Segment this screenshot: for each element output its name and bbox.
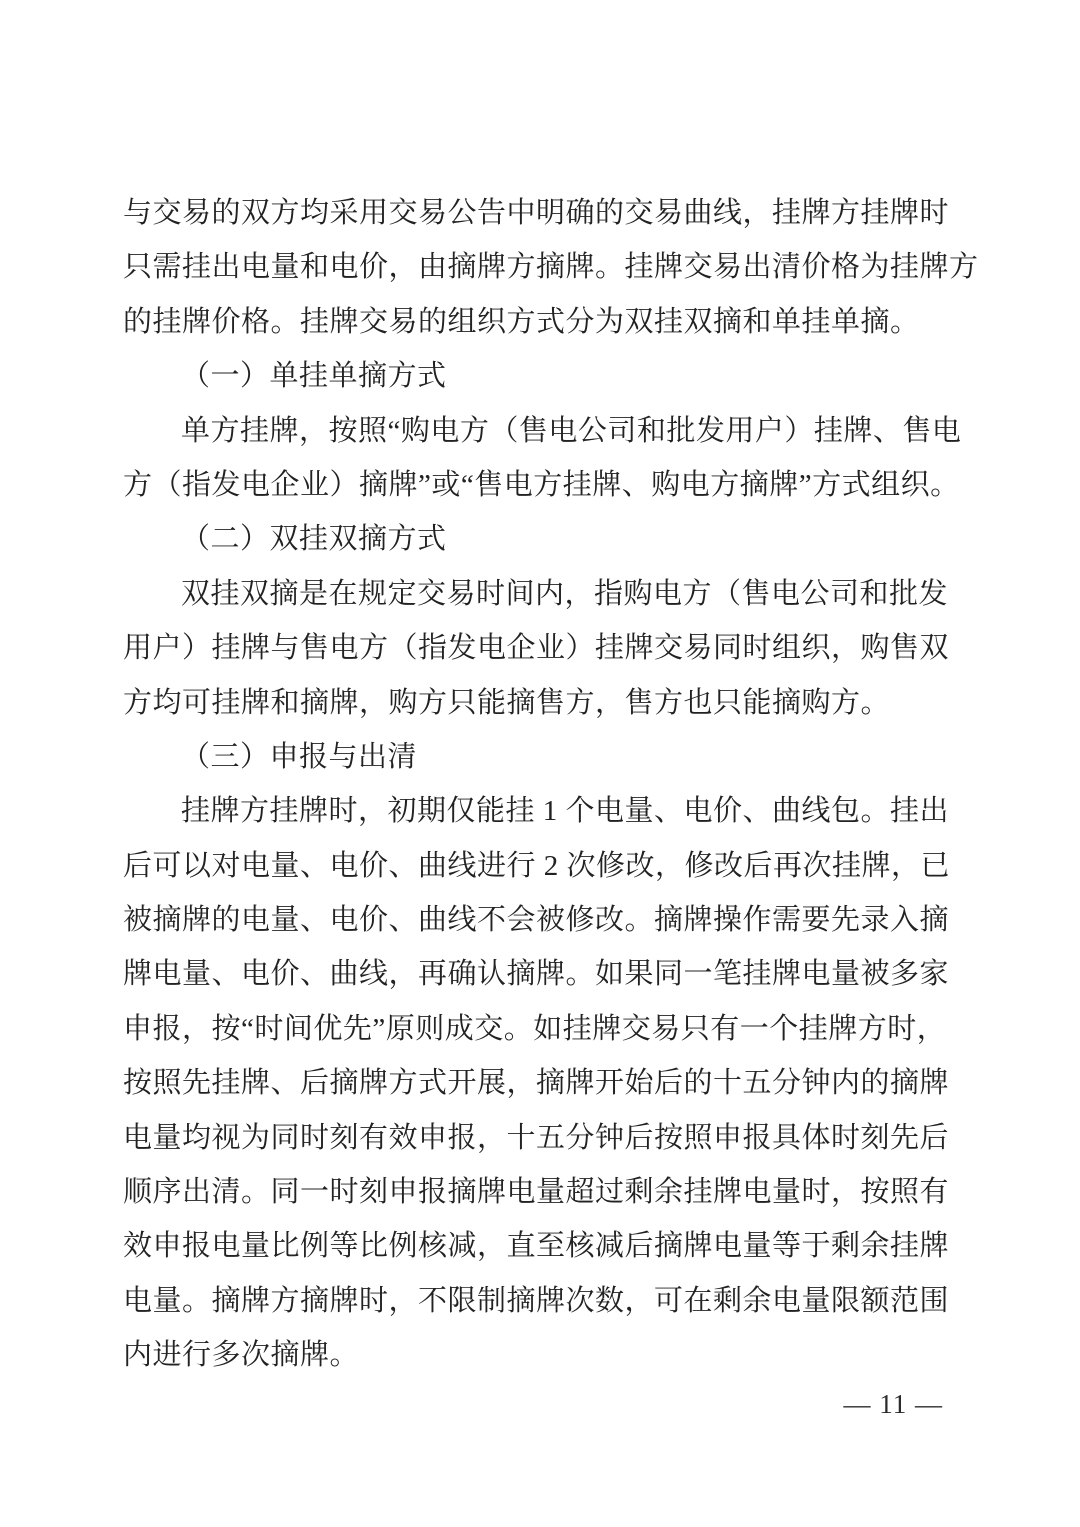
text-line: 后可以对电量、电价、曲线进行 2 次修改，修改后再次挂牌，已 — [123, 839, 941, 893]
text-line: 的挂牌价格。挂牌交易的组织方式分为双挂双摘和单挂单摘。 — [123, 295, 941, 349]
text-line: 效申报电量比例等比例核减，直至核减后摘牌电量等于剩余挂牌 — [123, 1219, 941, 1273]
paragraph: 挂牌方挂牌时，初期仅能挂 1 个电量、电价、曲线包。挂出后可以对电量、电价、曲线… — [123, 784, 941, 1382]
document-body: 与交易的双方均采用交易公告中明确的交易曲线，挂牌方挂牌时只需挂出电量和电价，由摘… — [123, 186, 941, 1383]
paragraph: 与交易的双方均采用交易公告中明确的交易曲线，挂牌方挂牌时只需挂出电量和电价，由摘… — [123, 186, 941, 349]
text-line: 牌电量、电价、曲线，再确认摘牌。如果同一笔挂牌电量被多家 — [123, 947, 941, 1001]
text-line: 方（指发电企业）摘牌”或“售电方挂牌、购电方摘牌”方式组织。 — [123, 458, 941, 512]
text-line: 电量。摘牌方摘牌时，不限制摘牌次数，可在剩余电量限额范围 — [123, 1274, 941, 1328]
page-number: — 11 — — [844, 1384, 944, 1424]
text-line: 电量均视为同时刻有效申报，十五分钟后按照申报具体时刻先后 — [123, 1111, 941, 1165]
document-page: 与交易的双方均采用交易公告中明确的交易曲线，挂牌方挂牌时只需挂出电量和电价，由摘… — [0, 0, 1080, 1527]
text-line: 按照先挂牌、后摘牌方式开展，摘牌开始后的十五分钟内的摘牌 — [123, 1056, 941, 1110]
text-line: 挂牌方挂牌时，初期仅能挂 1 个电量、电价、曲线包。挂出 — [123, 784, 941, 838]
text-line: （三）申报与出清 — [123, 730, 941, 784]
text-line: 被摘牌的电量、电价、曲线不会被修改。摘牌操作需要先录入摘 — [123, 893, 941, 947]
text-line: 申报，按“时间优先”原则成交。如挂牌交易只有一个挂牌方时， — [123, 1002, 941, 1056]
paragraph: 双挂双摘是在规定交易时间内，指购电方（售电公司和批发用户）挂牌与售电方（指发电企… — [123, 567, 941, 730]
paragraph: 单方挂牌，按照“购电方（售电公司和批发用户）挂牌、售电方（指发电企业）摘牌”或“… — [123, 404, 941, 513]
text-line: 用户）挂牌与售电方（指发电企业）挂牌交易同时组织，购售双 — [123, 621, 941, 675]
section-heading: （二）双挂双摘方式 — [123, 512, 941, 566]
section-heading: （三）申报与出清 — [123, 730, 941, 784]
section-heading: （一）单挂单摘方式 — [123, 349, 941, 403]
text-line: 方均可挂牌和摘牌，购方只能摘售方，售方也只能摘购方。 — [123, 676, 941, 730]
text-line: 与交易的双方均采用交易公告中明确的交易曲线，挂牌方挂牌时 — [123, 186, 941, 240]
text-line: 只需挂出电量和电价，由摘牌方摘牌。挂牌交易出清价格为挂牌方 — [123, 240, 941, 294]
text-line: 单方挂牌，按照“购电方（售电公司和批发用户）挂牌、售电 — [123, 404, 941, 458]
text-line: 双挂双摘是在规定交易时间内，指购电方（售电公司和批发 — [123, 567, 941, 621]
text-line: 内进行多次摘牌。 — [123, 1328, 941, 1382]
text-line: （一）单挂单摘方式 — [123, 349, 941, 403]
text-line: （二）双挂双摘方式 — [123, 512, 941, 566]
text-line: 顺序出清。同一时刻申报摘牌电量超过剩余挂牌电量时，按照有 — [123, 1165, 941, 1219]
